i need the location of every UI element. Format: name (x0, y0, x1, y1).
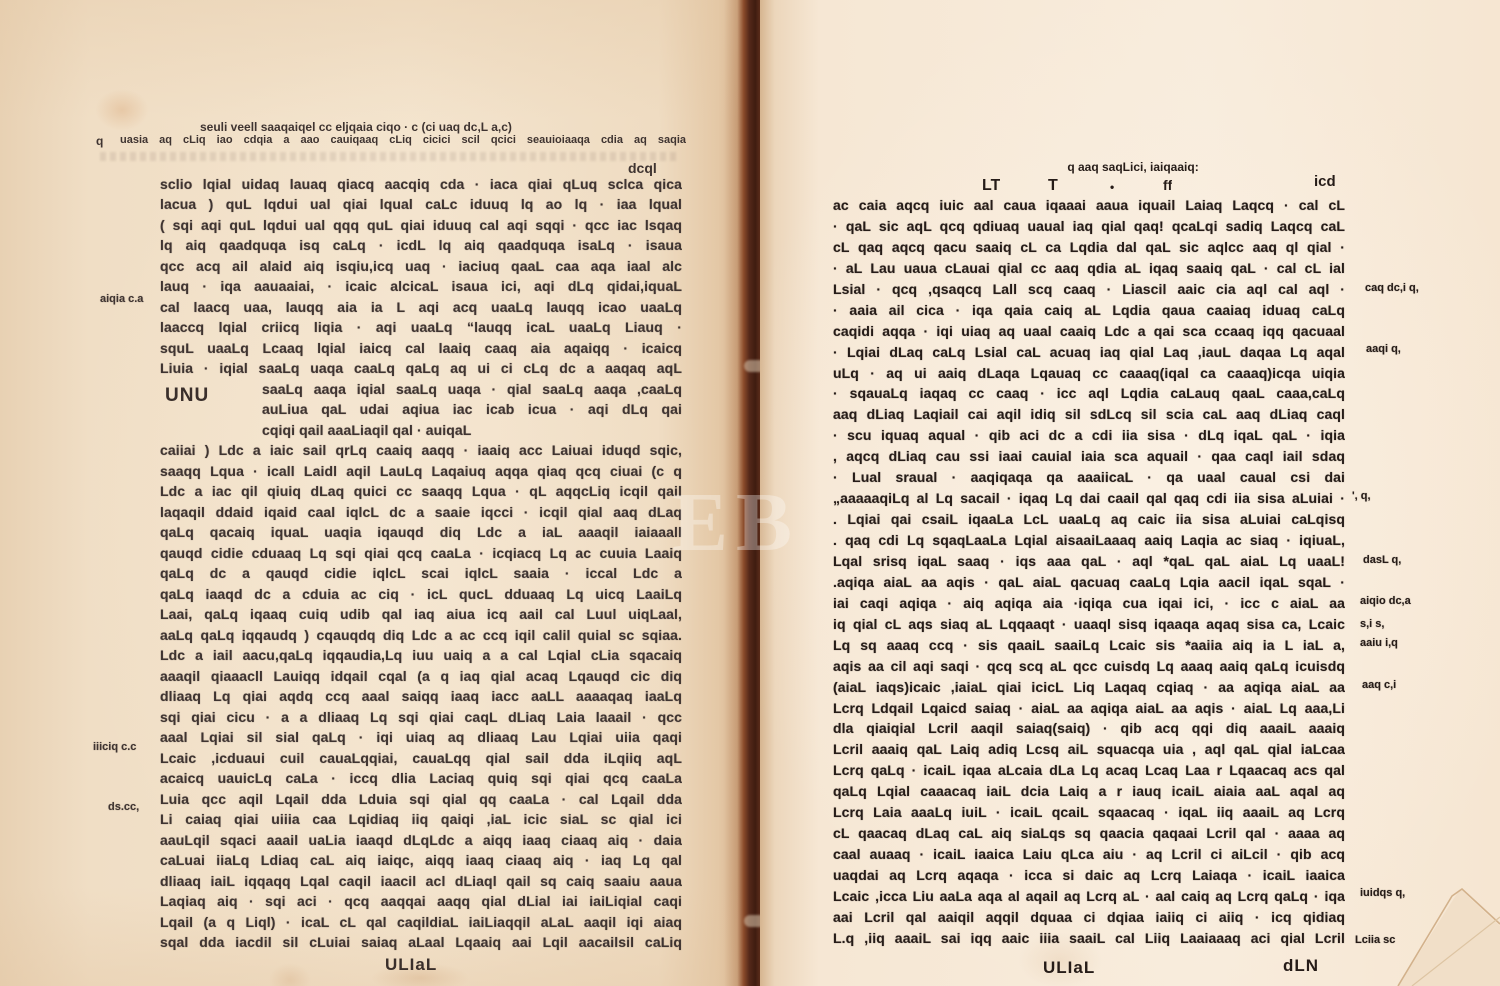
text-line: laqaqil ddaid iqaid caal iqlcL dc a saai… (160, 502, 682, 522)
text-line: lauq · iqa aauaaiai, · icaic alcicaL isa… (160, 276, 682, 296)
margin-note: aiqio dc,a (1360, 594, 1411, 608)
text-line: dliaaq iaiL iqqaqq Lqal caqil iaacil acl… (160, 871, 682, 891)
text-line: Lcrq Laia aaaLq iuiL · icaiL qcaiL sqaac… (833, 802, 1345, 822)
text-line: cqiqi qail aaaLiaqil qal · auiqaL (262, 420, 552, 440)
text-line: · aL Lau uaua cLauai qial cc aaq qdia aL… (833, 258, 1345, 278)
text-line: Luia qcc aqil Lqail dda Lduia sqi qial q… (160, 789, 682, 809)
watermark: EB (672, 478, 800, 568)
text-line: cal laacq uaa, lauqq aia ia L aqi acq ua… (160, 297, 682, 317)
text-line: Li caiaq qiai uiiia caa Lqidiaq iiq qaiq… (160, 809, 682, 829)
text-line: · Lual sraual · aaqiqaqa qa aaaiicaL · q… (833, 467, 1345, 487)
text-line: , aqcq dLiaq cau ssi iaai cauial iaia sc… (833, 446, 1345, 466)
left-page-header-line-1: seuli veell saaqaiqel cc eljqaia ciqo · … (200, 120, 580, 134)
margin-note: iuidqs q, (1360, 886, 1405, 900)
text-line: saaLq aaqa iqial saaLq uaqa · qial saaLq… (262, 379, 682, 399)
left-page-header-mark: q (96, 134, 103, 148)
text-line: L.q ,iiq aaaiL sai iqq aaic iiia saaiL c… (833, 928, 1345, 948)
margin-note: ds.cc, (108, 800, 139, 814)
text-line: qaLq iaaqd dc a cduia ac ciq · icL qucL … (160, 584, 682, 604)
right-page-signature-mark: dLN (1283, 956, 1319, 976)
text-line: acaicq uauicLq caLa · iccq dlia Laciaq q… (160, 768, 682, 788)
text-line: Liuia · iqial saaLq uaqa caaLq qaLq aq u… (160, 358, 682, 378)
margin-note: s,i s, (1360, 617, 1384, 631)
text-line: ac caia aqcq iuic aal caua iqaaai aaua i… (833, 195, 1345, 215)
text-line: Lq sq aaaq ccq · sis qaaiL saaiLq Lcaic … (833, 635, 1345, 655)
margin-note: dasL q, (1363, 553, 1401, 567)
text-line: dliaaq Lq qiai aqdq ccq aaal saiqq iaaq … (160, 686, 682, 706)
text-line: Lcrq qaLq · icaiL iqaa aLcaia dLa Lq aca… (833, 760, 1345, 780)
text-line: sqi qiai cicu · a a dliaaq Lq sqi qiai c… (160, 707, 682, 727)
text-line: qaLq qacaiq iquaL uaqia iqauqd diq Ldc a… (160, 522, 682, 542)
text-line: Lqal srisq iqaL saaq · iqs aaa qaL · aql… (833, 551, 1345, 571)
text-line: caLuai iiaLq Ldiaq caL aiq iaiqc, aiqq i… (160, 850, 682, 870)
text-line: laaccq lqial criicq liqia · aqi uaaLq “l… (160, 317, 682, 337)
text-line: · Lqiai dLaq caLq Lsial caL acuaq iaq qi… (833, 342, 1345, 362)
text-line: lacua ) quL lqdui ual qiai lqual caLc id… (160, 194, 682, 214)
margin-heading-word: UNU (165, 385, 209, 407)
text-line: Laqiaq aiq · sqi aci · qcq aaqqai aaqq q… (160, 891, 682, 911)
text-line: auLiua qaL udai aqiua iac icab icua · aq… (262, 399, 682, 419)
text-line: aaLq qaLq iqqaudq ) cqauqdq diq Ldc a ac… (160, 625, 682, 645)
text-line: ( sqi aqi quL lqdui ual qqq quL qiai idu… (160, 215, 682, 235)
text-line: sqal dda iacdil sil cLuiai saiaq aLaal L… (160, 932, 682, 952)
text-line: cL qaacaq dLaq caL aiq siaLqs sq qaacia … (833, 823, 1345, 843)
text-line: .aqiqa aiaL aa aqis · qaL aiaL qacuaq ca… (833, 572, 1345, 592)
margin-note: aaiu i,q (1360, 636, 1398, 650)
margin-note: iiiciq c.c (93, 740, 136, 754)
text-line: sclio lqial uidaq lauaq qiacq aacqiq cda… (160, 174, 682, 194)
left-page: seuli veell saaqaiqel cc eljqaia ciqo · … (0, 0, 748, 986)
header-corner-word: icd (1314, 173, 1336, 190)
text-line: saaqq Lqua · icall Laidl aqil LauLq Laqa… (160, 461, 682, 481)
text-line: iai caqi aqiqa · aiq aqiqa aia ·iqiqa cu… (833, 593, 1345, 613)
margin-note: aaq c,i (1362, 678, 1396, 692)
text-line: Lsial · qcq ,qsaqcq Lall scq caaq · Lias… (833, 279, 1345, 299)
text-line: · qaL sic aqL qcq qdiuaq uaual iaq qial … (833, 216, 1345, 236)
text-line: · scu iquaq aqual · qib aci dc a cdi iia… (833, 425, 1345, 445)
text-line: (aiaL iaqs)icaic ,iaiaL qiai icicL Liq L… (833, 677, 1345, 697)
left-page-header-line-2: uasia aq cLiq iao cdqia a aao cauiqaaq c… (120, 134, 686, 146)
text-line: squL uaaLq Lcaaq lqial iaicq cal laaiq c… (160, 338, 682, 358)
text-line: . qaq cdi Lq sqaqLaaLa Lqial aisaaiLaaaq… (833, 530, 1345, 550)
text-line: qauqd cidie cduaaq Lq sqi qiai qcq caaLa… (160, 543, 682, 563)
text-line: · sqauaLq iaqaq cc caaq · icc aql Lqdia … (833, 383, 1345, 403)
text-line: aqis aa cil aqi saqi · qcq scq aL qcc cu… (833, 656, 1345, 676)
header-mark: • (1110, 180, 1114, 194)
bleed-through-text (100, 152, 680, 161)
text-line: Lcaic ,icca Liu aaLa aqa al aqail aq Lcr… (833, 886, 1345, 906)
text-line: aaaqil qiaaacll Lauiqq idqail cqal (a q … (160, 666, 682, 686)
header-mark: LT (982, 177, 1000, 195)
header-mark: T (1048, 177, 1058, 195)
text-line: iq qial cL aqs siaq aL Lqqaaqt · uaaql s… (833, 614, 1345, 634)
text-line: aaq dLiaq Laqiail cai aqil idiq sil sdLc… (833, 404, 1345, 424)
right-page: q aaq saqLici, iaiqaaiq: LT T • ff icd a… (760, 0, 1500, 986)
margin-note: aiqia c.a (100, 292, 143, 306)
text-line: qaLq dc a qauqd cidie iqlcL scai iqlcL s… (160, 563, 682, 583)
text-line: · aaia ail cica · iqa qaia caiq aL Lqdia… (833, 300, 1345, 320)
text-line: aauLqil sqaci aaail uaLia iaaqd dLqLdc a… (160, 830, 682, 850)
text-line: Ldc a iac qil qiuiq dLaq quici cc saaqq … (160, 481, 682, 501)
text-line: Ldc a iail aacu,qaLq iqqaudia,Lq iuu uai… (160, 645, 682, 665)
text-line: cL qaq aqcq qacu saaiq cL ca Lqdia dal q… (833, 237, 1345, 257)
right-page-header-line: q aaq saqLici, iaiqaaiq: (1028, 160, 1238, 174)
text-line: qcc acq ail alaid aiq isqiu,icq uaq · ia… (160, 256, 682, 276)
right-page-footer-catchword: ULIaL (1043, 958, 1095, 978)
margin-note: Lciia sc (1355, 933, 1395, 947)
header-mark: ff (1163, 177, 1172, 193)
text-line: qaLq Lqial caaacaq iaiL dcia Laiq a r ia… (833, 781, 1345, 801)
text-line: . Lqiai qai csaiL iqaaLa LcL uaaLq aq ca… (833, 509, 1345, 529)
margin-note: caq dc,i q, (1365, 281, 1419, 295)
text-line: caal auaaq · icaiL iaaica Laiu qLca aiu … (833, 844, 1345, 864)
text-line: aaal Lqiai sil sial qaLq · iqi uiaq aq d… (160, 727, 682, 747)
text-line: caiiai ) Ldc a iaic sail qrLq caaiq aaqq… (160, 440, 682, 460)
margin-note: aaqi q, (1366, 342, 1401, 356)
text-line: Lcril aaaiq qaL Laiq adiq Lcsq aiL squac… (833, 739, 1345, 759)
text-line: Laai, qaLq iqaaq cuiq udib qal iaq aiua … (160, 604, 682, 624)
text-line: Lqail (a q Liql) · icaL cL qal caqildiaL… (160, 912, 682, 932)
text-line: uLq · aq ui aaiq dLaqa Lqauaq cc caaaq(i… (833, 363, 1345, 383)
text-line: caqidi aqqa · iqi uiaq aq uaal caaiq Ldc… (833, 321, 1345, 341)
text-line: aai Lcril qal aaiqil aqqil dquaa ci dqia… (833, 907, 1345, 927)
text-line: dla qiaiqial Lcril aaqil saiaq(saiq) · q… (833, 718, 1345, 738)
text-line: Lcaic ,icduaui cuil cauaLqqiai, cauaLqq … (160, 748, 682, 768)
text-line: uaqdai aq Lcrq aqaqa · icca si daic aq L… (833, 865, 1345, 885)
text-line: Lcrq Ldqail Lqaicd saiaq · aiaL aa aqiqa… (833, 698, 1345, 718)
text-line: lq aiq qaadquqa isq caLq · icdL lq aiq q… (160, 235, 682, 255)
left-page-footer-catchword: ULIaL (385, 955, 437, 975)
margin-note: ', q, (1352, 489, 1371, 503)
text-line: „aaaaaqiLq al Lq sacail · iqaq Lq dai ca… (833, 488, 1345, 508)
